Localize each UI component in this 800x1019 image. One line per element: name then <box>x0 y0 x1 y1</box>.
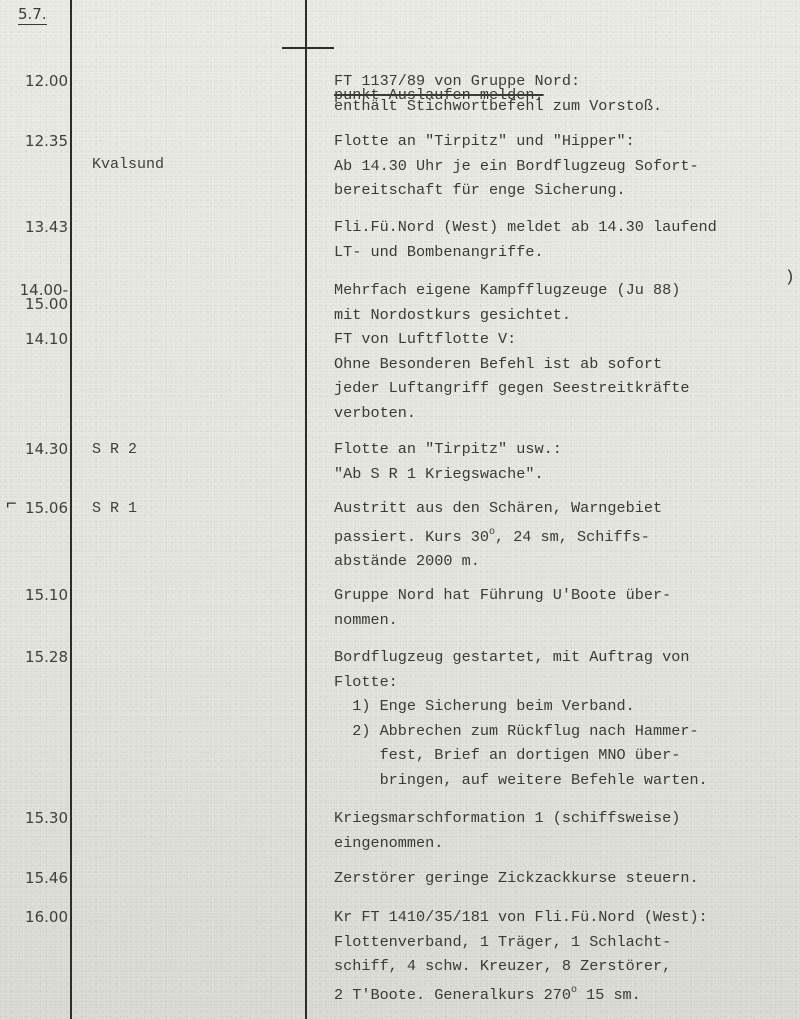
entry-line: Flotte an "Tirpitz" usw.: <box>334 437 800 462</box>
entry-line: schiff, 4 schw. Kreuzer, 8 Zerstörer, <box>334 954 800 979</box>
entry-line: jeder Luftangriff gegen Seestreitkräfte <box>334 376 800 401</box>
entry-time: 15.28 <box>0 648 68 666</box>
entry-line: verboten. <box>334 401 800 426</box>
entry-line: nommen. <box>334 608 800 633</box>
entry-line: 2 T'Boote. Generalkurs 270o 15 sm. <box>334 979 800 1008</box>
entry-place: S R 1 <box>92 500 137 518</box>
entry-line: Flotte: <box>334 670 800 695</box>
entry-time: 15.10 <box>0 586 68 604</box>
entry-line: bereitschaft für enge Sicherung. <box>334 178 800 203</box>
entry-line: abstände 2000 m. <box>334 549 800 574</box>
entry-text: Kr FT 1410/35/181 von Fli.Fü.Nord (West)… <box>334 905 800 1007</box>
entry-place: S R 2 <box>92 441 137 459</box>
entry-line: FT 1137/89 von Gruppe Nord: <box>334 69 800 94</box>
entry-text: Austritt aus den Schären, Warngebietpass… <box>334 496 800 574</box>
place-column-rule <box>305 0 307 1019</box>
margin-bracket-mark: ) <box>785 268 795 286</box>
entry-line: "Ab S R 1 Kriegswache". <box>334 462 800 487</box>
entry-line: passiert. Kurs 30o, 24 sm, Schiffs- <box>334 521 800 550</box>
entry-time: 15.30 <box>0 809 68 827</box>
entry-line: LT- und Bombenangriffe. <box>334 240 800 265</box>
entry-time: 13.43 <box>0 218 68 236</box>
continuation-dash <box>282 47 334 49</box>
entry-line: FT von Luftflotte V: <box>334 327 800 352</box>
entry-line: Mehrfach eigene Kampfflugzeuge (Ju 88) <box>334 278 800 303</box>
entry-text: Fli.Fü.Nord (West) meldet ab 14.30 laufe… <box>334 215 800 264</box>
entry-text: FT von Luftflotte V:Ohne Besonderen Befe… <box>334 327 800 425</box>
entry-line: Austritt aus den Schären, Warngebiet <box>334 496 800 521</box>
entry-time-end: 15.00 <box>0 295 68 313</box>
entry-time: 15.46 <box>0 869 68 887</box>
entry-text: Kriegsmarschformation 1 (schiffsweise)ei… <box>334 806 800 855</box>
entry-line: Flottenverband, 1 Träger, 1 Schlacht- <box>334 930 800 955</box>
entry-time: 14.10 <box>0 330 68 348</box>
entry-time: 16.00 <box>0 908 68 926</box>
entry-time: 14.30 <box>0 440 68 458</box>
entry-time: 12.00 <box>0 72 68 90</box>
entry-text: Zerstörer geringe Zickzackkurse steuern. <box>334 866 800 891</box>
log-date: 5.7. <box>18 6 47 25</box>
entry-line: Kriegsmarschformation 1 (schiffsweise) <box>334 806 800 831</box>
entry-line: Flotte an "Tirpitz" und "Hipper": <box>334 129 800 154</box>
time-column-rule <box>70 0 72 1019</box>
entry-text: Mehrfach eigene Kampfflugzeuge (Ju 88)mi… <box>334 278 800 327</box>
entry-line: Kr FT 1410/35/181 von Fli.Fü.Nord (West)… <box>334 905 800 930</box>
entry-text: Flotte an "Tirpitz" und "Hipper":Ab 14.3… <box>334 129 800 203</box>
entry-line: bringen, auf weitere Befehle warten. <box>334 768 800 793</box>
entry-place: Kvalsund <box>92 156 164 174</box>
entry-text: Gruppe Nord hat Führung U'Boote über-nom… <box>334 583 800 632</box>
entry-text: Bordflugzeug gestartet, mit Auftrag vonF… <box>334 645 800 792</box>
entry-line: Ohne Besonderen Befehl ist ab sofort <box>334 352 800 377</box>
entry-time: 12.35 <box>0 132 68 150</box>
entry-line: mit Nordostkurs gesichtet. <box>334 303 800 328</box>
entry-line: Gruppe Nord hat Führung U'Boote über- <box>334 583 800 608</box>
typewritten-log-page: 5.7. punkt Auslaufen melden. 12.00FT 113… <box>0 0 800 1019</box>
margin-corner-mark: ⌐ <box>6 495 17 515</box>
entry-line: Ab 14.30 Uhr je ein Bordflugzeug Sofort- <box>334 154 800 179</box>
entry-line: 1) Enge Sicherung beim Verband. <box>334 694 800 719</box>
entry-line: Fli.Fü.Nord (West) meldet ab 14.30 laufe… <box>334 215 800 240</box>
entry-line: enthält Stichwortbefehl zum Vorstoß. <box>334 94 800 119</box>
entry-line: fest, Brief an dortigen MNO über- <box>334 743 800 768</box>
entry-line: eingenommen. <box>334 831 800 856</box>
entry-line: Zerstörer geringe Zickzackkurse steuern. <box>334 866 800 891</box>
entry-line: Bordflugzeug gestartet, mit Auftrag von <box>334 645 800 670</box>
entry-line: 2) Abbrechen zum Rückflug nach Hammer- <box>334 719 800 744</box>
entry-text: FT 1137/89 von Gruppe Nord:enthält Stich… <box>334 69 800 118</box>
entry-text: Flotte an "Tirpitz" usw.:"Ab S R 1 Krieg… <box>334 437 800 486</box>
